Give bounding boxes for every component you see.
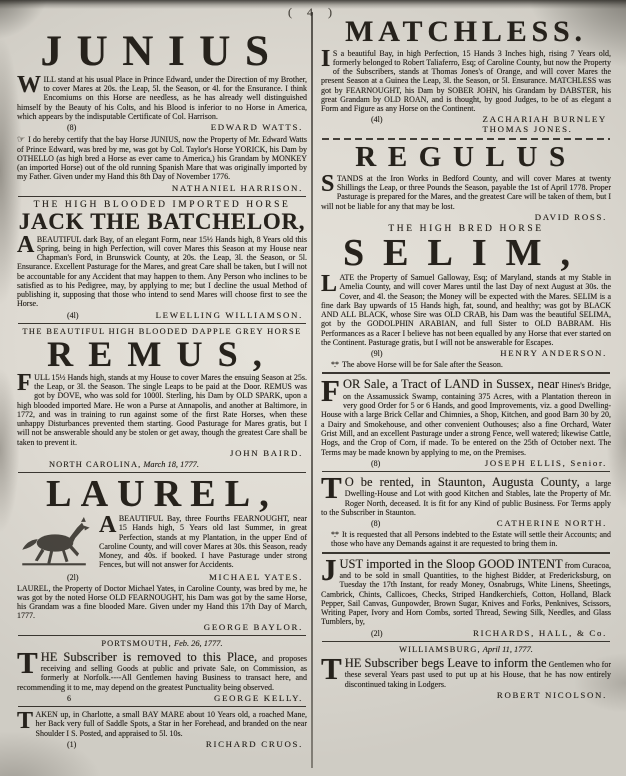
ad-title-regulus: REGULUS bbox=[321, 144, 611, 172]
drop-cap: I bbox=[321, 49, 333, 69]
signature-row: ROBERT NICOLSON. bbox=[321, 690, 607, 700]
signature: JOHN BAIRD. bbox=[230, 448, 303, 458]
insertion-mark: (8) bbox=[67, 123, 76, 132]
ad-body: FULL 15½ Hands high, stands at my House … bbox=[17, 373, 307, 447]
pointing-hand-icon: ☞ bbox=[17, 134, 28, 144]
dateline: PORTSMOUTH, Feb. 26, 1777. bbox=[17, 639, 307, 648]
ad-body: JUST imported in the Sloop GOOD INTENT f… bbox=[321, 557, 611, 627]
ad-imported-goods: JUST imported in the Sloop GOOD INTENT f… bbox=[321, 557, 611, 638]
ad-footnote: *.*It is requested that all Persons inde… bbox=[331, 530, 611, 549]
insertion-mark: (4l) bbox=[67, 311, 79, 320]
ad-title-matchless: MATCHLESS. bbox=[321, 18, 611, 47]
column-rule bbox=[311, 12, 313, 768]
dateline-place: NORTH CAROLINA, bbox=[49, 460, 141, 469]
drop-cap: A bbox=[17, 235, 37, 255]
drop-cap: A bbox=[99, 514, 119, 534]
ad-lead: HE Subscriber begs Leave to inform the bbox=[345, 656, 547, 670]
signature-row: (4l) LEWELLING WILLIAMSON. bbox=[17, 310, 303, 320]
drop-cap: T bbox=[321, 475, 345, 501]
ad-junius: JUNIUS WILL stand at his usual Place in … bbox=[17, 32, 307, 193]
ad-body: TO be rented, in Staunton, Augusta Count… bbox=[321, 475, 611, 517]
ad-body: LATE the Property of Samuel Galloway, Es… bbox=[321, 273, 611, 347]
section-rule bbox=[322, 372, 610, 374]
dateline-date: Feb. 26, 1777. bbox=[174, 639, 223, 648]
drop-cap: S bbox=[321, 174, 337, 194]
ad-body: WILL stand at his usual Place in Prince … bbox=[17, 75, 307, 121]
ad-title-remus: REMUS, bbox=[17, 337, 307, 371]
ad-nicolson: WILLIAMSBURG, April 11, 1777. THE Subscr… bbox=[321, 645, 611, 700]
insertion-mark: (2l) bbox=[67, 573, 79, 582]
left-column: JUNIUS WILL stand at his usual Place in … bbox=[17, 20, 307, 751]
ad-matchless: MATCHLESS. IS a beautiful Bay, in high P… bbox=[321, 18, 611, 134]
drop-cap: T bbox=[17, 710, 36, 730]
signature: JOSEPH ELLIS, Senior. bbox=[485, 458, 607, 468]
signature: HENRY ANDERSON. bbox=[500, 348, 607, 358]
ad-laurel: LAUREL, AB bbox=[17, 476, 307, 632]
signature: ROBERT NICOLSON. bbox=[497, 690, 607, 700]
signature-stack: ZACHARIAH BURNLEY THOMAS JONES. bbox=[483, 114, 607, 134]
signature-row: (2l) RICHARDS, HALL, & Co. bbox=[321, 628, 607, 638]
insertion-mark: (1) bbox=[67, 740, 76, 749]
signature-row: (1) RICHARD CRUOS. bbox=[17, 739, 303, 749]
signature: ZACHARIAH BURNLEY bbox=[483, 114, 607, 124]
signature-row: (8) JOSEPH ELLIS, Senior. bbox=[321, 458, 607, 468]
ad-footnote: *.*The above Horse will be for Sale afte… bbox=[331, 360, 611, 369]
signature: RICHARD CRUOS. bbox=[206, 739, 303, 749]
section-rule bbox=[18, 472, 306, 473]
ad-body: THE Subscriber is removed to this Place,… bbox=[17, 650, 307, 692]
ad-kelly: PORTSMOUTH, Feb. 26, 1777. THE Subscribe… bbox=[17, 639, 307, 703]
newspaper-page: ( 4 ) JUNIUS WILL stand at his usual Pla… bbox=[0, 0, 626, 776]
ad-title-junius: JUNIUS bbox=[17, 32, 307, 73]
section-rule bbox=[18, 323, 306, 324]
ad-kicker: THE BEAUTIFUL HIGH BLOODED DAPPLE GREY H… bbox=[17, 327, 307, 336]
signature: DAVID ROSS. bbox=[535, 212, 607, 222]
signature: EDWARD WATTS. bbox=[211, 122, 303, 132]
asterism-icon: *.* bbox=[331, 530, 342, 539]
signature: GEORGE BAYLOR. bbox=[204, 622, 303, 632]
drop-cap: F bbox=[321, 377, 343, 403]
signature: LEWELLING WILLIAMSON. bbox=[156, 310, 303, 320]
ad-lead: O be rented, in Staunton, Augusta County… bbox=[345, 475, 580, 489]
signature-row: (2l) MICHAEL YATES. bbox=[17, 572, 303, 582]
insertion-mark: (4l) bbox=[371, 115, 383, 124]
drop-cap: L bbox=[321, 273, 340, 293]
signature-row: DAVID ROSS. bbox=[321, 212, 607, 222]
section-rule bbox=[322, 552, 610, 554]
ad-regulus: REGULUS STANDS at the Iron Works in Bedf… bbox=[321, 144, 611, 222]
signature: RICHARDS, HALL, & Co. bbox=[473, 628, 607, 638]
dateline-date: March 18, 1777. bbox=[143, 460, 199, 469]
signature: GEORGE KELLY. bbox=[214, 693, 303, 703]
ad-body: IS a beautiful Bay, in high Perfection, … bbox=[321, 49, 611, 114]
signature-row: (8) CATHERINE NORTH. bbox=[321, 518, 607, 528]
ad-title-jack: JACK THE BATCHELOR, bbox=[17, 211, 307, 233]
drop-cap: F bbox=[17, 373, 34, 393]
drop-cap: W bbox=[17, 75, 44, 95]
dateline-date: April 11, 1777. bbox=[483, 645, 533, 654]
right-column: MATCHLESS. IS a beautiful Bay, in high P… bbox=[321, 16, 611, 702]
insertion-mark: (8) bbox=[371, 519, 380, 528]
section-rule bbox=[18, 706, 306, 707]
ad-title-selim: SELIM, bbox=[321, 235, 611, 271]
ad-body: FOR Sale, a Tract of LAND in Sussex, nea… bbox=[321, 377, 611, 456]
ad-body: STANDS at the Iron Works in Bedford Coun… bbox=[321, 174, 611, 211]
section-rule bbox=[322, 471, 610, 472]
signature-row: 6 GEORGE KELLY. bbox=[17, 693, 303, 703]
drop-cap: T bbox=[17, 650, 41, 676]
dateline: WILLIAMSBURG, April 11, 1777. bbox=[321, 645, 611, 654]
ad-taken-up: TAKEN up, in Charlotte, a small BAY MARE… bbox=[17, 710, 307, 749]
ad-land-sale: FOR Sale, a Tract of LAND in Sussex, nea… bbox=[321, 377, 611, 467]
ad-kicker: THE HIGH BLOODED IMPORTED HORSE bbox=[17, 200, 307, 210]
insertion-mark: (9l) bbox=[371, 349, 383, 358]
dateline: NORTH CAROLINA, March 18, 1777. bbox=[17, 460, 307, 469]
signature-row: (9l) HENRY ANDERSON. bbox=[321, 348, 607, 358]
ad-body: ABEAUTIFUL dark Bay, of an elegant Form,… bbox=[17, 235, 307, 309]
section-rule bbox=[18, 635, 306, 636]
signature-row: (4l) ZACHARIAH BURNLEY THOMAS JONES. bbox=[321, 114, 607, 134]
signature-row: NATHANIEL HARRISON. bbox=[17, 183, 303, 193]
horse-woodcut-illustration bbox=[17, 517, 93, 569]
dateline-place: WILLIAMSBURG, bbox=[399, 645, 481, 654]
insertion-mark: (8) bbox=[371, 459, 380, 468]
ad-kicker: THE HIGH BRED HORSE bbox=[321, 224, 611, 234]
ad-selim: THE HIGH BRED HORSE SELIM, LATE the Prop… bbox=[321, 224, 611, 369]
dateline-place: PORTSMOUTH, bbox=[101, 639, 171, 648]
drop-cap: J bbox=[321, 557, 340, 583]
ad-lead: UST imported in the Sloop GOOD INTENT bbox=[340, 557, 563, 571]
ad-rental: TO be rented, in Staunton, Augusta Count… bbox=[321, 475, 611, 549]
insertion-mark: 6 bbox=[67, 694, 71, 703]
insertion-mark: (2l) bbox=[371, 629, 383, 638]
signature: MICHAEL YATES. bbox=[209, 572, 303, 582]
signature: THOMAS JONES. bbox=[483, 124, 607, 134]
ad-jack-the-batchelor: THE HIGH BLOODED IMPORTED HORSE JACK THE… bbox=[17, 200, 307, 320]
signature-row: (8) EDWARD WATTS. bbox=[17, 122, 303, 132]
ad-remus: THE BEAUTIFUL HIGH BLOODED DAPPLE GREY H… bbox=[17, 327, 307, 469]
signature: CATHERINE NORTH. bbox=[497, 518, 607, 528]
drop-cap: T bbox=[321, 656, 345, 682]
ad-certificate: ☞I do hereby certify that the bay Horse … bbox=[17, 134, 307, 182]
signature: NATHANIEL HARRISON. bbox=[172, 183, 303, 193]
ad-body: THE Subscriber begs Leave to inform the … bbox=[321, 656, 611, 689]
section-rule bbox=[322, 641, 610, 642]
signature-row: GEORGE BAYLOR. bbox=[17, 622, 303, 632]
ad-lead: OR Sale, a Tract of LAND in Sussex, near bbox=[343, 377, 559, 391]
ad-body: TAKEN up, in Charlotte, a small BAY MARE… bbox=[17, 710, 307, 738]
ad-certificate: LAUREL, the Property of Doctor Michael Y… bbox=[17, 584, 307, 621]
ad-title-laurel: LAUREL, bbox=[17, 476, 307, 512]
signature-row: JOHN BAIRD. bbox=[17, 448, 303, 458]
section-rule-dashed bbox=[322, 138, 610, 140]
ad-lead: HE Subscriber is removed to this Place, bbox=[41, 650, 257, 664]
asterism-icon: *.* bbox=[331, 360, 342, 369]
section-rule bbox=[18, 196, 306, 197]
